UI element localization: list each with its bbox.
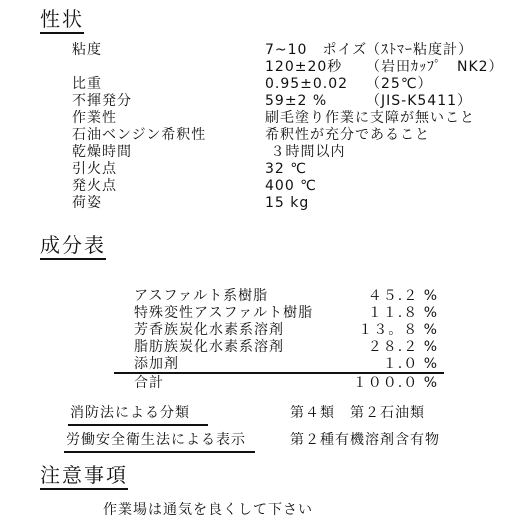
composition-row: 特殊変性アスファルト樹脂 １１.８ % (0, 305, 517, 322)
datasheet-page: 性状 粘度 7~10 ポイズ （ｽﾄﾏｰ粘度計） 120±20秒 （岩田ｶｯﾌﾟ… (0, 0, 517, 529)
component-percent: １.０ % (300, 356, 438, 372)
property-note: （岩田ｶｯﾌﾟ NK2） (366, 59, 504, 75)
property-row-nonvolatile: 不揮発分 59±2 % （JIS-K5411） (0, 93, 517, 110)
property-label: 作業性 (72, 110, 117, 126)
total-label: 合計 (134, 375, 164, 391)
composition-row: 脂肪族炭化水素系溶剤 ２８.２ % (0, 339, 517, 356)
component-name: アスファルト系樹脂 (134, 288, 268, 304)
property-value: 希釈性が充分であること (265, 127, 430, 143)
property-label: 不揮発分 (72, 93, 132, 109)
property-note: （ｽﾄﾏｰ粘度計） (366, 42, 473, 58)
property-note: （25℃） (366, 76, 433, 92)
composition-row: 添加剤 １.０ % (0, 356, 517, 373)
property-value: 400 ℃ (265, 178, 317, 194)
classification-value: 第２種有機溶剤含有物 (290, 432, 440, 448)
component-name: 添加剤 (134, 356, 179, 372)
property-row-dilutability: 石油ベンジン希釈性 希釈性が充分であること (0, 127, 517, 144)
property-note: （JIS-K5411） (366, 93, 472, 109)
total-divider-line (114, 372, 444, 374)
classification-label: 労働安全衛生法による表示 (64, 432, 255, 453)
property-row-viscosity-2: 120±20秒 （岩田ｶｯﾌﾟ NK2） (0, 59, 517, 76)
property-label: 石油ベンジン希釈性 (72, 127, 206, 143)
composition-row: 芳香族炭化水素系溶剤 １３。８ % (0, 322, 517, 339)
precaution-text: 作業場は通気を良くして下さい (103, 502, 313, 518)
composition-heading: 成分表 (40, 234, 106, 260)
property-label: 引火点 (72, 161, 117, 177)
component-percent: ２８.２ % (300, 339, 438, 355)
property-label: 荷姿 (72, 195, 102, 211)
property-row-specific-gravity: 比重 0.95±0.02 （25℃） (0, 76, 517, 93)
property-value: 59±2 % (265, 93, 327, 109)
component-name: 脂肪族炭化水素系溶剤 (134, 339, 284, 355)
classification-value: 第４類 第２石油類 (290, 405, 425, 421)
property-label: 発火点 (72, 178, 117, 194)
property-value: 0.95±0.02 (265, 76, 348, 92)
fire-law-classification-row: 消防法による分類 第４類 第２石油類 (0, 405, 517, 427)
property-row-drying-time: 乾燥時間 ３時間以内 (0, 144, 517, 161)
property-label: 比重 (72, 76, 102, 92)
classification-label: 消防法による分類 (68, 405, 208, 426)
property-value: 120±20秒 (265, 59, 342, 75)
composition-total-row: 合計 １００.０ % (0, 375, 517, 392)
component-percent: １３。８ % (300, 322, 438, 338)
component-name: 芳香族炭化水素系溶剤 (134, 322, 284, 338)
property-value: 32 ℃ (265, 161, 307, 177)
component-name: 特殊変性アスファルト樹脂 (134, 305, 313, 321)
composition-row: アスファルト系樹脂 ４５.２ % (0, 288, 517, 305)
property-label: 粘度 (72, 42, 102, 58)
property-row-viscosity: 粘度 7~10 ポイズ （ｽﾄﾏｰ粘度計） (0, 42, 517, 59)
property-value: 15 kg (265, 195, 309, 211)
component-percent: ４５.２ % (300, 288, 438, 304)
property-row-ignition-point: 発火点 400 ℃ (0, 178, 517, 195)
total-percent: １００.０ % (300, 375, 438, 391)
property-value: 刷毛塗り作業に支障が無いこと (265, 110, 475, 126)
property-row-flash-point: 引火点 32 ℃ (0, 161, 517, 178)
property-row-packaging: 荷姿 15 kg (0, 195, 517, 212)
precautions-heading: 注意事項 (40, 464, 128, 490)
component-percent: １１.８ % (300, 305, 438, 321)
property-row-workability: 作業性 刷毛塗り作業に支障が無いこと (0, 110, 517, 127)
property-value: ３時間以内 (265, 144, 345, 160)
property-value: 7~10 ポイズ (265, 42, 367, 58)
property-label: 乾燥時間 (72, 144, 132, 160)
industrial-safety-law-row: 労働安全衛生法による表示 第２種有機溶剤含有物 (0, 432, 517, 454)
properties-heading: 性状 (40, 8, 84, 34)
